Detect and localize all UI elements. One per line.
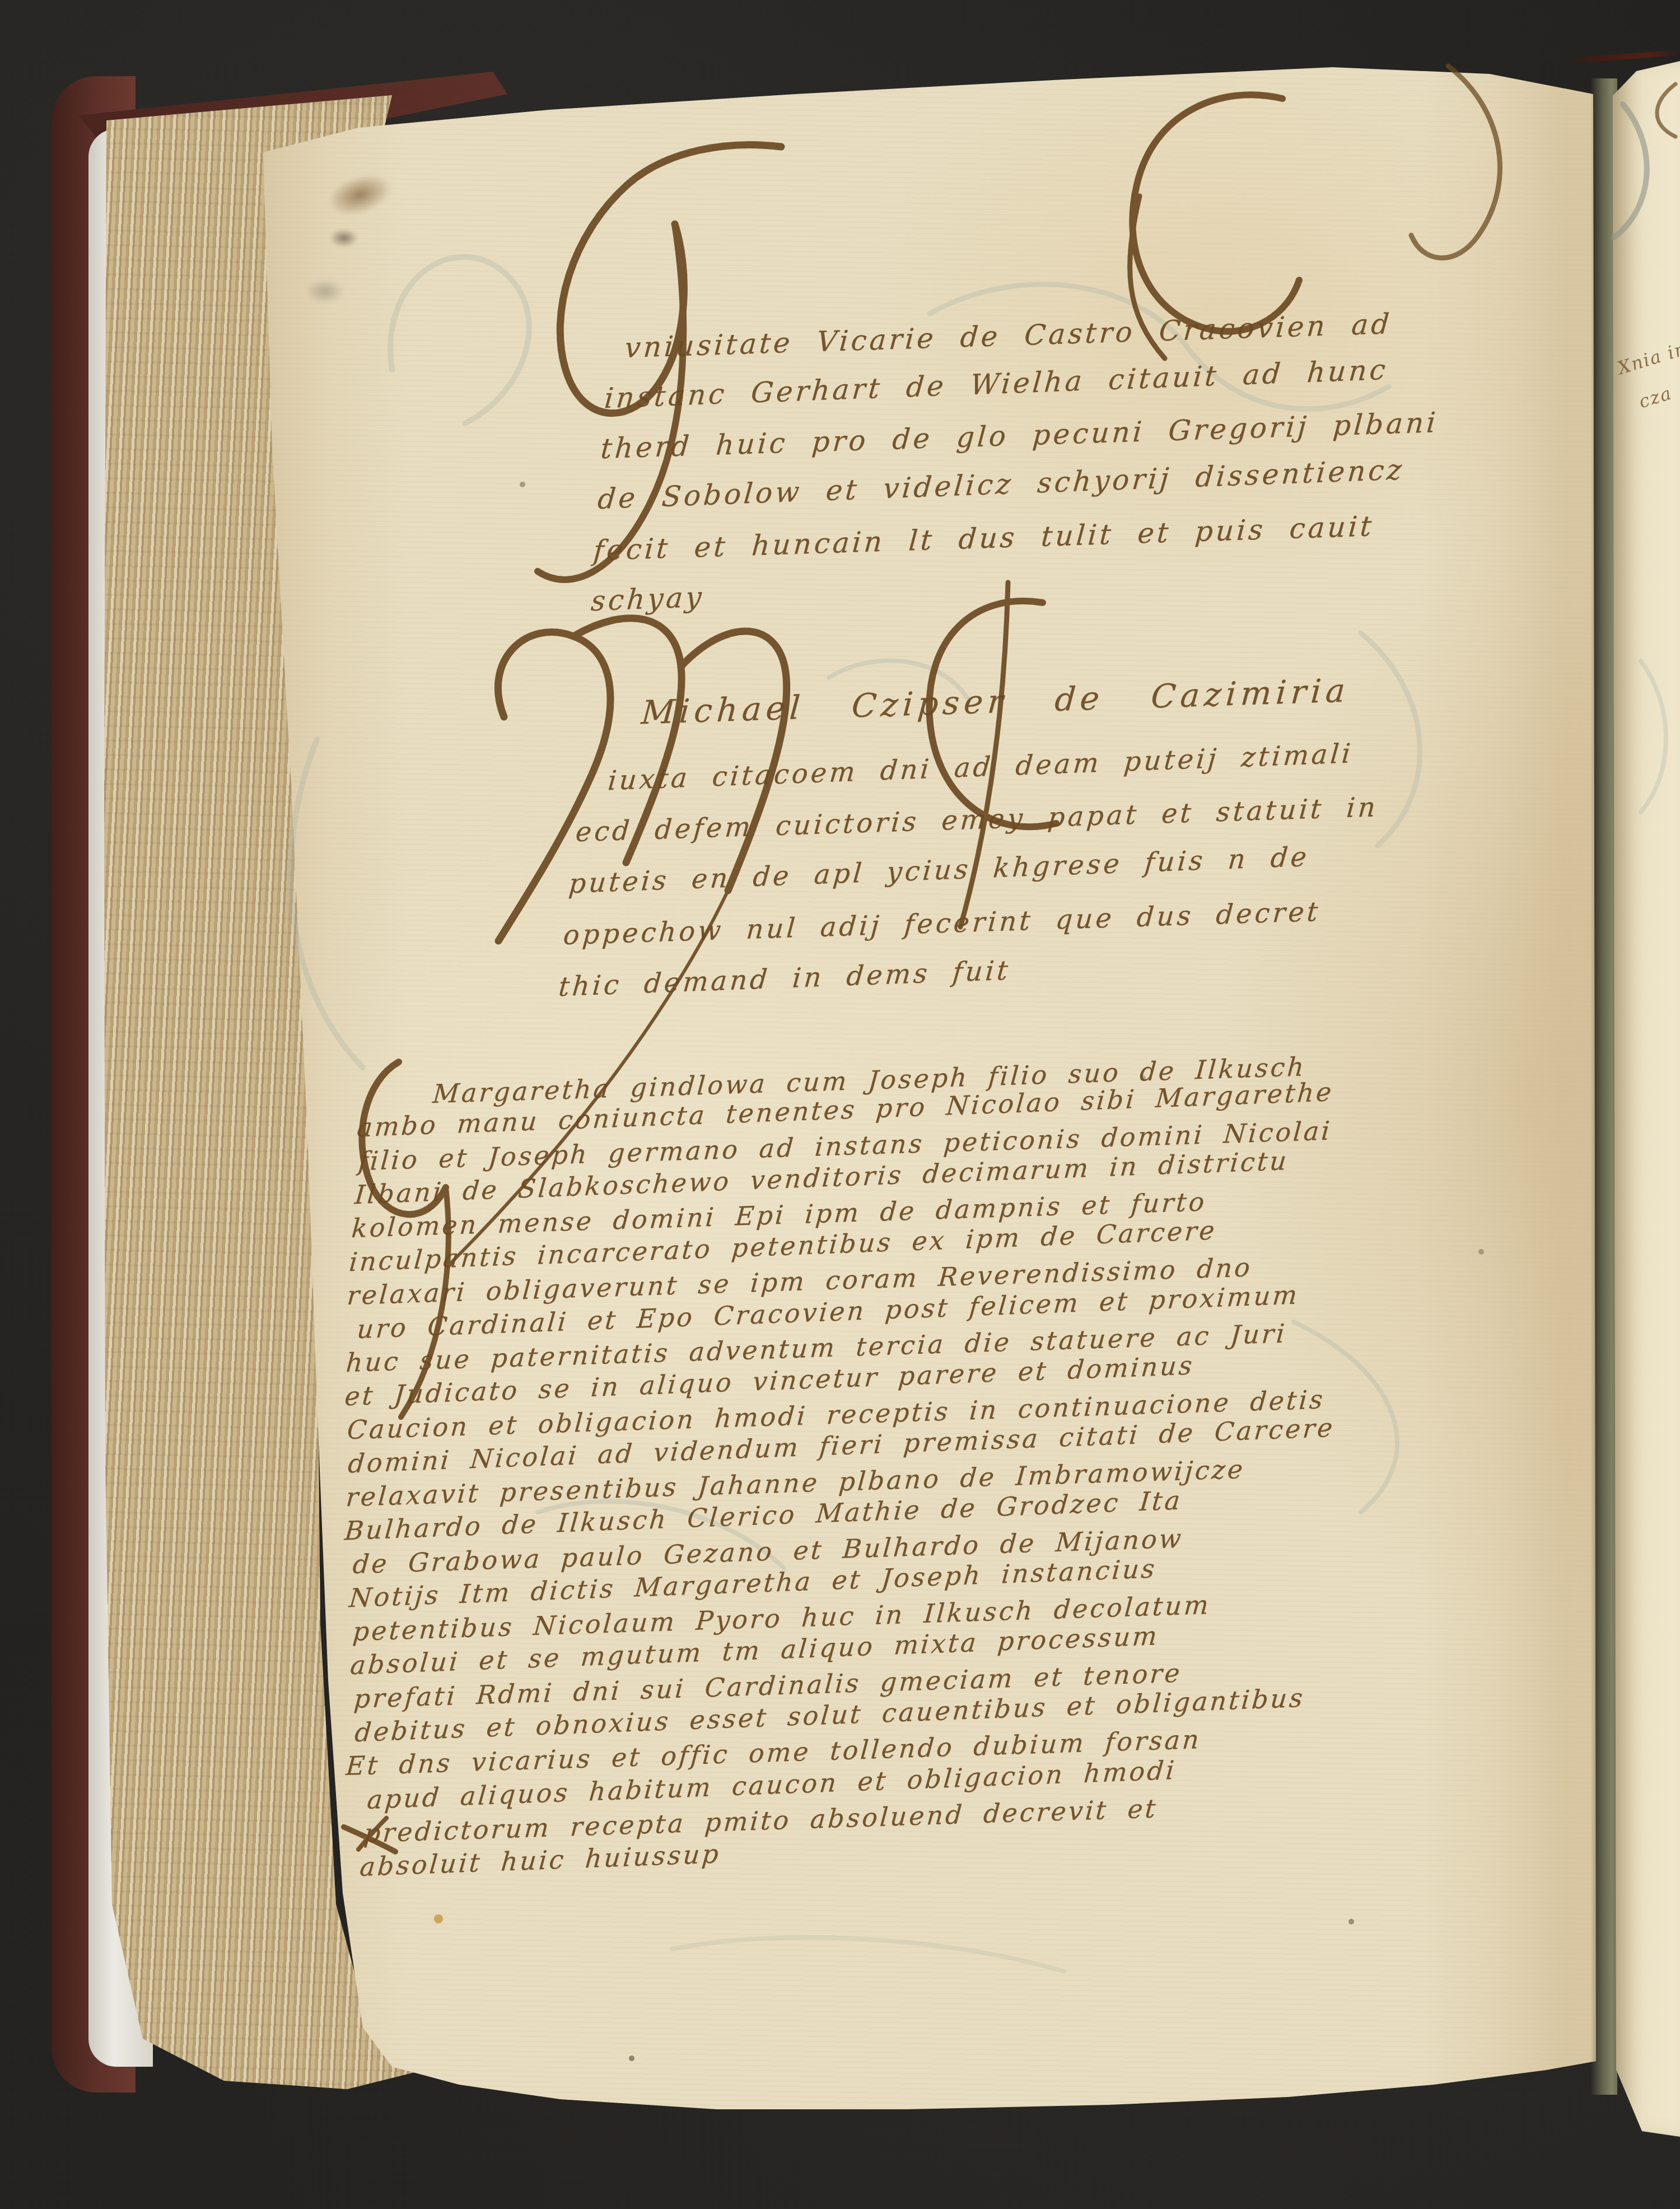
photo-canvas: vniusitate Vicarie de Castro Cracovien a…	[0, 0, 1680, 2209]
next-page-ghost	[1641, 661, 1666, 812]
next-page-flourish	[1614, 104, 1647, 237]
next-page-strokes	[0, 0, 1680, 2209]
next-page-flourish	[1657, 84, 1676, 137]
